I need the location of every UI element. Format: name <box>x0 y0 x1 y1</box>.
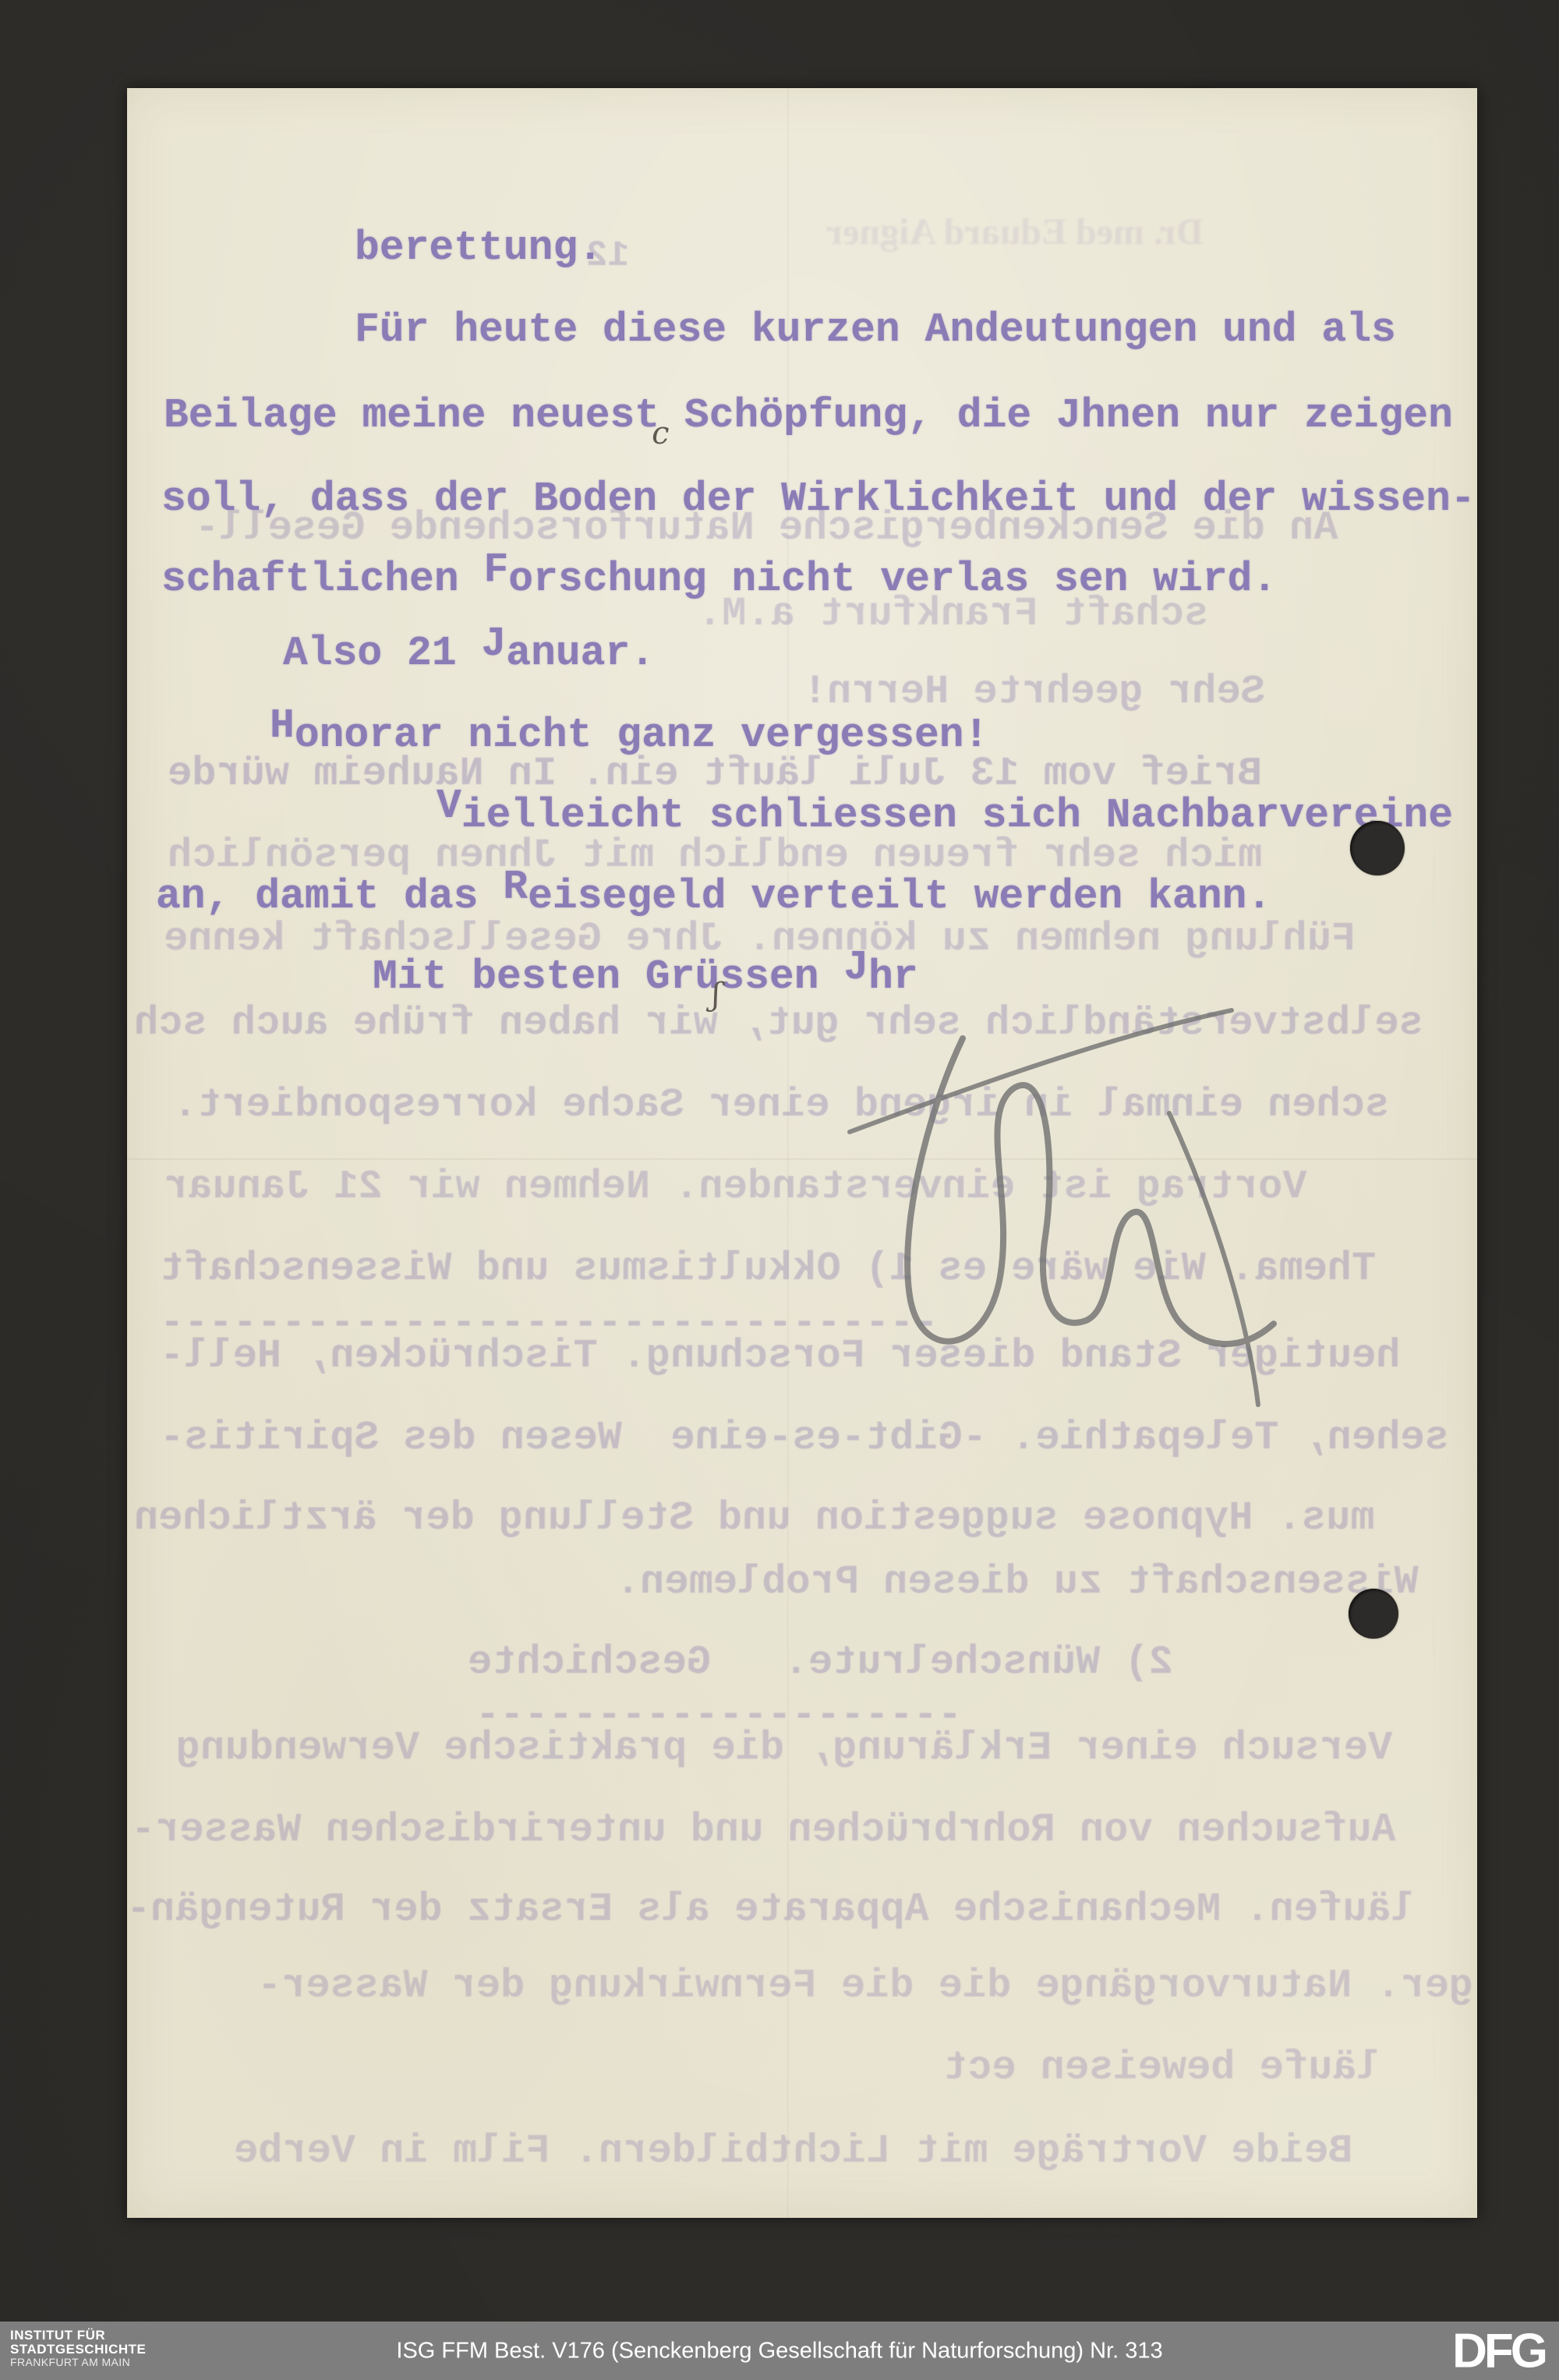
bleedthrough-line: 12 <box>586 233 629 278</box>
bleedthrough-line: Sehr geehrte Herrn! <box>803 670 1265 715</box>
punch-hole <box>1350 821 1405 875</box>
bleedthrough-line: selbstverständlich sehr gut, wir haben f… <box>134 1001 1423 1046</box>
bleedthrough-line: Thema. Wie wäre es 1) Okkultismus und Wi… <box>160 1247 1376 1292</box>
horizontal-fold-crease <box>127 1158 1477 1161</box>
bleedthrough-letterhead: Dr. med Eduard Aigner <box>826 210 1204 255</box>
bleedthrough-line: 2) Wünschelrute. Geschichte <box>468 1640 1173 1685</box>
bleedthrough-line: Brief vom 13 Juli läuft ein. In Nauheim … <box>168 751 1262 797</box>
archive-caption-bar: INSTITUT FÜR STADTGESCHICHTE FRANKFURT A… <box>0 2322 1559 2380</box>
typed-line: Also 21 Januar. <box>283 630 655 677</box>
typed-line: Beilage meine neuestc Schöpfung, die Jhn… <box>164 392 1453 440</box>
archive-reference-caption: ISG FFM Best. V176 (Senckenberg Gesellsc… <box>396 2338 1162 2364</box>
bleedthrough-line: Fühlung nehmen zu können. Jhre Gesellsch… <box>164 917 1356 962</box>
typed-line: berettung. <box>355 225 603 271</box>
bleedthrough-line: Beide Vorträge mit Lichtbildern. Film in… <box>234 2129 1352 2174</box>
bleedthrough-line: schaft Frankfurt a.M. <box>698 592 1208 637</box>
typed-line: Vielleicht schliessen sich Nachbarverein… <box>437 792 1453 839</box>
bleedthrough-line: läufe beweisen ect <box>943 2046 1381 2091</box>
bleedthrough-line: Vortrag ist einverstanden. Nehmen wir 21… <box>164 1165 1307 1210</box>
bleedthrough-line: mich sehr freuen endlich mit Jhnen persö… <box>168 833 1262 879</box>
institute-logo-line2: STADTGESCHICHTE <box>10 2343 146 2357</box>
dfg-logo: DFG <box>1452 2323 1545 2378</box>
bleedthrough-line: Wissenschaft zu diesen Problemen. <box>616 1560 1419 1605</box>
bleedthrough-line: läufen. Mechanische Apparate als Ersatz … <box>126 1887 1416 1933</box>
bleedthrough-line: sehen, Telepathie. -Gibt-es-eine Wesen d… <box>160 1416 1449 1461</box>
typed-line: Für heute diese kurzen Andeutungen und a… <box>355 306 1396 353</box>
bleedthrough-line: schen einmal in irgend einer Sache korre… <box>173 1083 1389 1128</box>
bleedthrough-line: ger. Naturvorgänge die die Fernwirkung d… <box>257 1964 1473 2009</box>
bleedthrough-line: Versuch einer Erklärung, die praktische … <box>176 1726 1392 1771</box>
institute-logo-line3: FRANKFURT AM MAIN <box>10 2357 146 2368</box>
bleedthrough-line: Aufsuchen von Rohrbrüchen und unterirdis… <box>131 1808 1396 1853</box>
scan-viewer: berettung.Für heute diese kurzen Andeutu… <box>0 0 1559 2380</box>
bleedthrough-line: An die Senckenbergische Naturforschende … <box>195 506 1338 551</box>
bleedthrough-line: mus. Hypnose suggestion und Stellung der… <box>134 1496 1374 1541</box>
bleedthrough-line: heutiger Stand dieser Forschung. Tischrü… <box>160 1334 1400 1379</box>
typed-line: an, damit das Reisegeld verteilt werden … <box>156 873 1271 920</box>
institute-logo-line1: INSTITUT FÜR <box>10 2329 146 2343</box>
punch-hole <box>1349 1589 1398 1639</box>
institute-logo: INSTITUT FÜR STADTGESCHICHTE FRANKFURT A… <box>10 2329 146 2368</box>
